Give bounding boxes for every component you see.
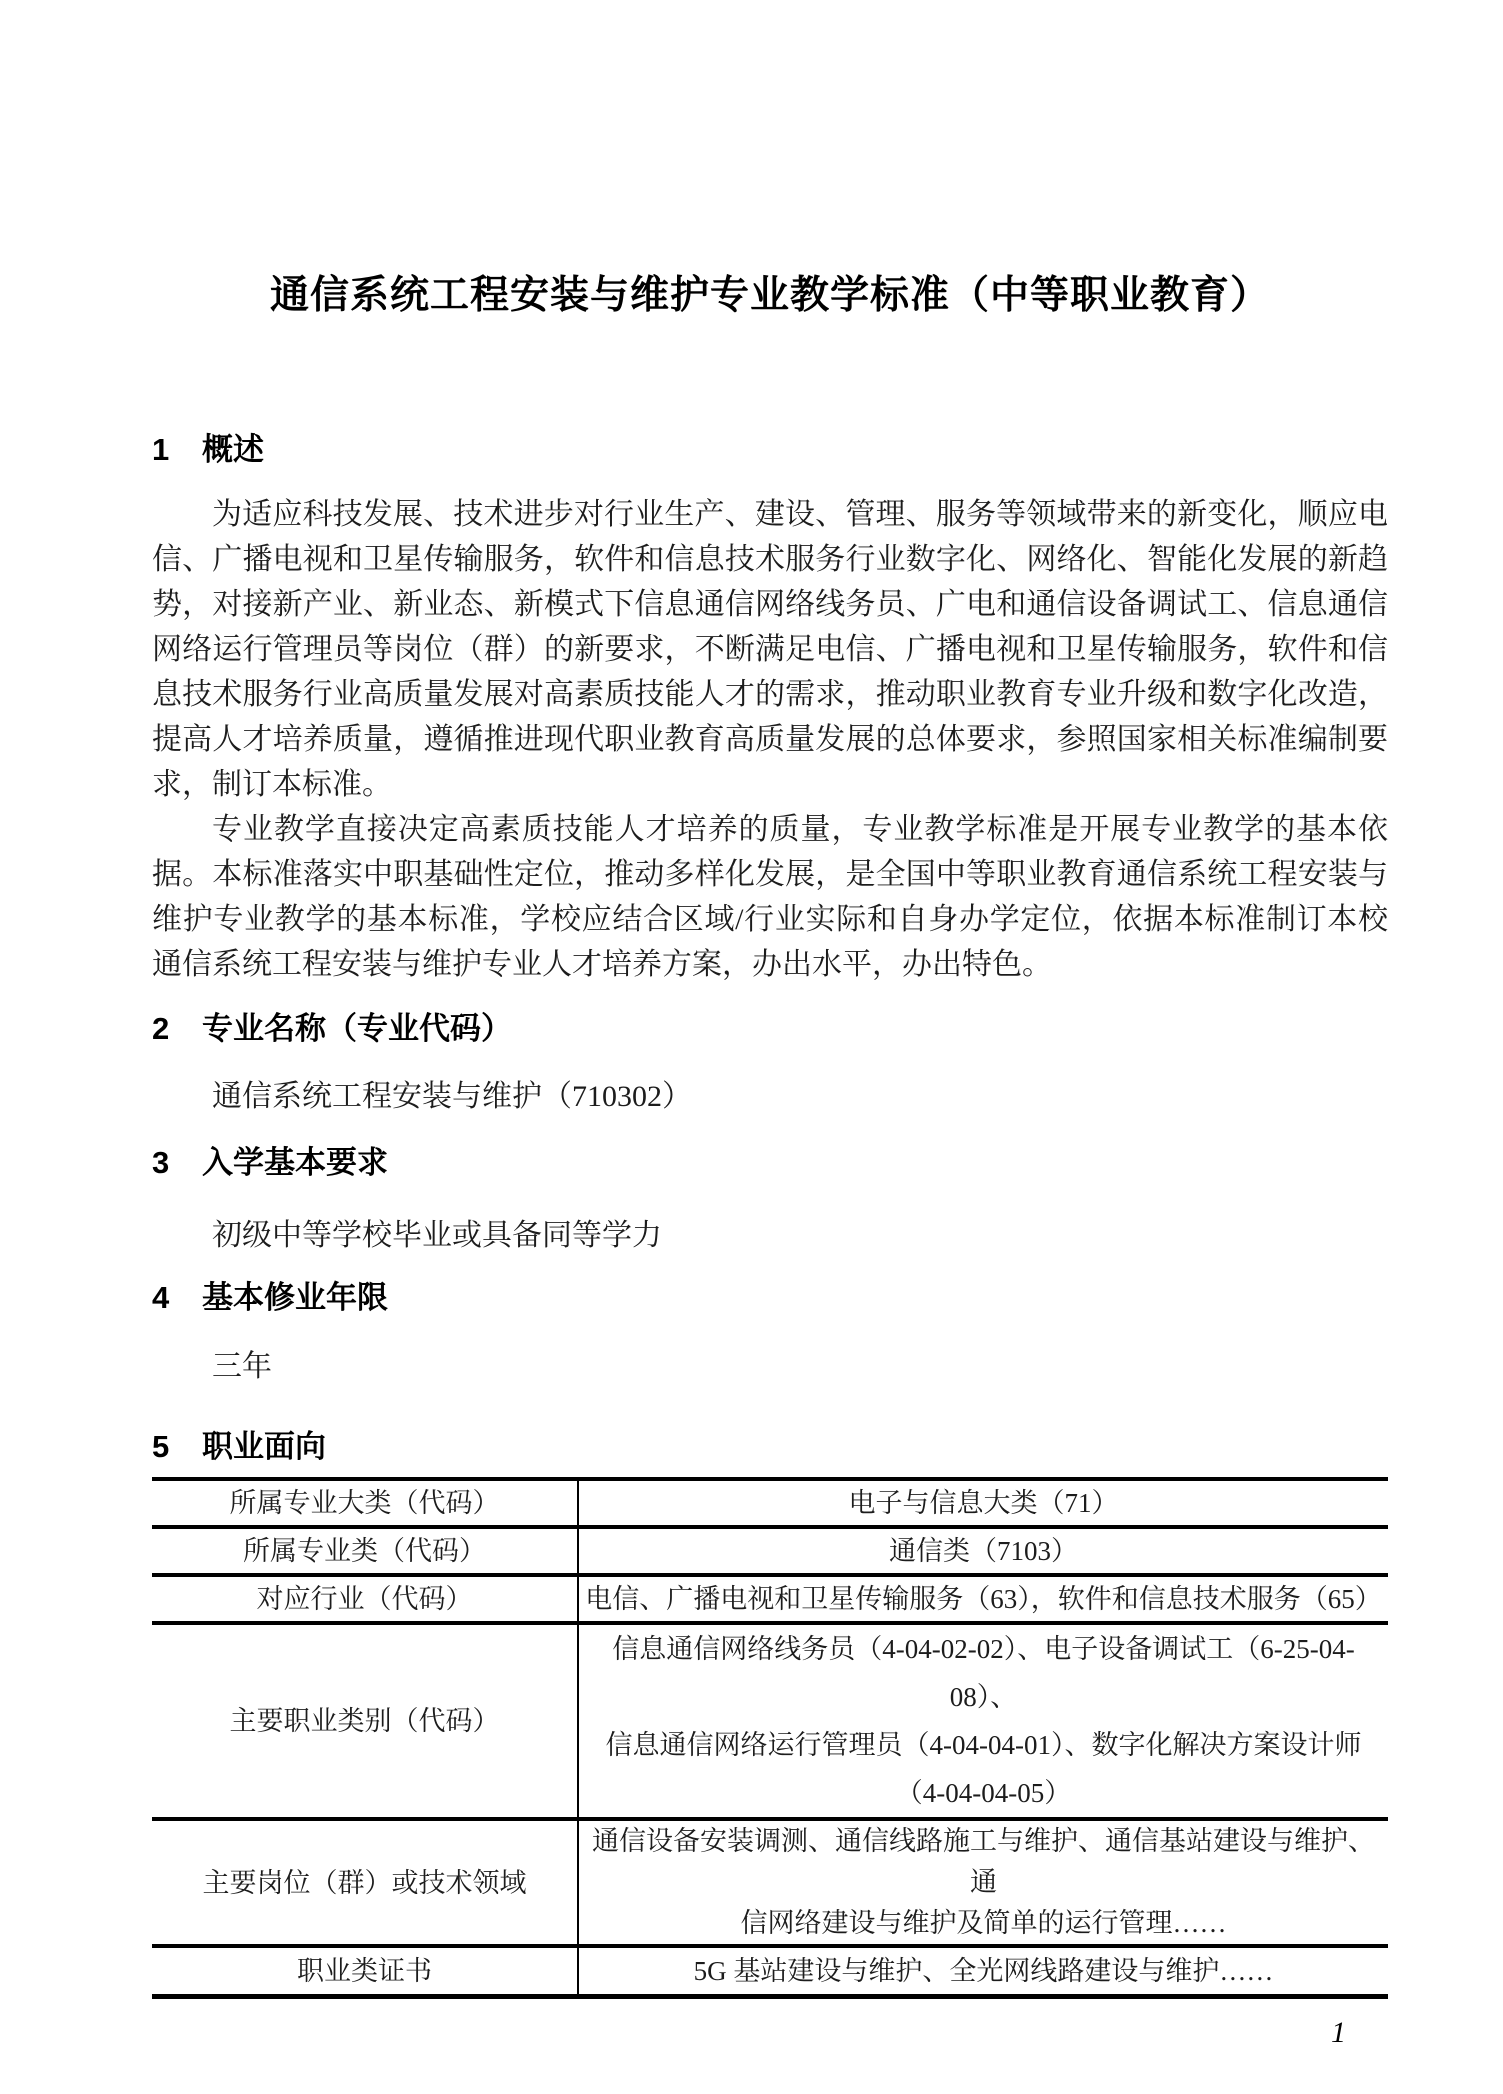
row-value: 信息通信网络线务员（4-04-02-02）、电子设备调试工（6-25-04-08…: [578, 1623, 1388, 1819]
section-heading-label: 概述: [202, 430, 264, 470]
row-label: 主要职业类别（代码）: [152, 1623, 578, 1819]
section-heading-label: 职业面向: [202, 1427, 326, 1467]
row-label: 所属专业类（代码）: [152, 1527, 578, 1575]
document-title: 通信系统工程安装与维护专业教学标准（中等职业教育）: [152, 270, 1388, 322]
section-heading-label: 专业名称（专业代码）: [202, 1009, 512, 1049]
table-row: 所属专业大类（代码） 电子与信息大类（71）: [152, 1479, 1388, 1527]
table-row: 对应行业（代码） 电信、广播电视和卫星传输服务（63），软件和信息技术服务（65…: [152, 1575, 1388, 1623]
entry-requirement-content: 初级中等学校毕业或具备同等学力: [152, 1213, 1388, 1258]
row-value: 5G 基站建设与维护、全光网线路建设与维护……: [578, 1946, 1388, 1996]
section-heading-career-orientation: 5 职业面向: [152, 1427, 1388, 1467]
row-value-line: 信网络建设与维护及简单的运行管理……: [585, 1903, 1382, 1944]
row-value: 电子与信息大类（71）: [578, 1479, 1388, 1527]
row-value: 电信、广播电视和卫星传输服务（63），软件和信息技术服务（65）: [578, 1575, 1388, 1623]
row-label: 对应行业（代码）: [152, 1575, 578, 1623]
section-number: 5: [152, 1427, 202, 1467]
table-row: 主要岗位（群）或技术领域 通信设备安装调测、通信线路施工与维护、通信基站建设与维…: [152, 1819, 1388, 1946]
row-value-line: 通信类（7103）: [585, 1529, 1382, 1573]
row-value-line: 信息通信网络线务员（4-04-02-02）、电子设备调试工（6-25-04-08…: [585, 1625, 1382, 1721]
section-heading-overview: 1 概述: [152, 430, 1388, 470]
table-row: 职业类证书 5G 基站建设与维护、全光网线路建设与维护……: [152, 1946, 1388, 1996]
row-value-line: 通信设备安装调测、通信线路施工与维护、通信基站建设与维护、通: [585, 1821, 1382, 1903]
row-value-line: 信息通信网络运行管理员（4-04-04-01）、数字化解决方案设计师: [585, 1721, 1382, 1769]
section-heading-label: 入学基本要求: [202, 1143, 388, 1183]
row-label: 职业类证书: [152, 1946, 578, 1996]
section-heading-entry-requirement: 3 入学基本要求: [152, 1143, 1388, 1183]
row-value: 通信设备安装调测、通信线路施工与维护、通信基站建设与维护、通 信网络建设与维护及…: [578, 1819, 1388, 1946]
section-number: 1: [152, 430, 202, 470]
section-number: 3: [152, 1143, 202, 1183]
row-value-line: 电信、广播电视和卫星传输服务（63），软件和信息技术服务（65）: [585, 1577, 1382, 1621]
row-label: 所属专业大类（代码）: [152, 1479, 578, 1527]
row-label: 主要岗位（群）或技术领域: [152, 1819, 578, 1946]
section-heading-study-years: 4 基本修业年限: [152, 1278, 1388, 1318]
major-name-content: 通信系统工程安装与维护（710302）: [152, 1074, 1388, 1119]
row-value-line: （4-04-04-05）: [585, 1769, 1382, 1817]
career-orientation-table: 所属专业大类（代码） 电子与信息大类（71） 所属专业类（代码） 通信类（710…: [152, 1477, 1388, 1999]
page-number: 1: [152, 2013, 1346, 2053]
overview-paragraph-2: 专业教学直接决定高素质技能人才培养的质量，专业教学标准是开展专业教学的基本依据。…: [152, 807, 1388, 987]
section-heading-label: 基本修业年限: [202, 1278, 388, 1318]
section-number: 2: [152, 1009, 202, 1049]
row-value-line: 5G 基站建设与维护、全光网线路建设与维护……: [585, 1949, 1382, 1993]
section-number: 4: [152, 1278, 202, 1318]
table-row: 主要职业类别（代码） 信息通信网络线务员（4-04-02-02）、电子设备调试工…: [152, 1623, 1388, 1819]
study-years-content: 三年: [152, 1344, 1388, 1389]
row-value-line: 电子与信息大类（71）: [585, 1481, 1382, 1525]
section-heading-major-name: 2 专业名称（专业代码）: [152, 1009, 1388, 1049]
overview-paragraph-1: 为适应科技发展、技术进步对行业生产、建设、管理、服务等领域带来的新变化，顺应电信…: [152, 492, 1388, 807]
row-value: 通信类（7103）: [578, 1527, 1388, 1575]
table-row: 所属专业类（代码） 通信类（7103）: [152, 1527, 1388, 1575]
document-page: 通信系统工程安装与维护专业教学标准（中等职业教育） 1 概述 为适应科技发展、技…: [0, 0, 1503, 2094]
